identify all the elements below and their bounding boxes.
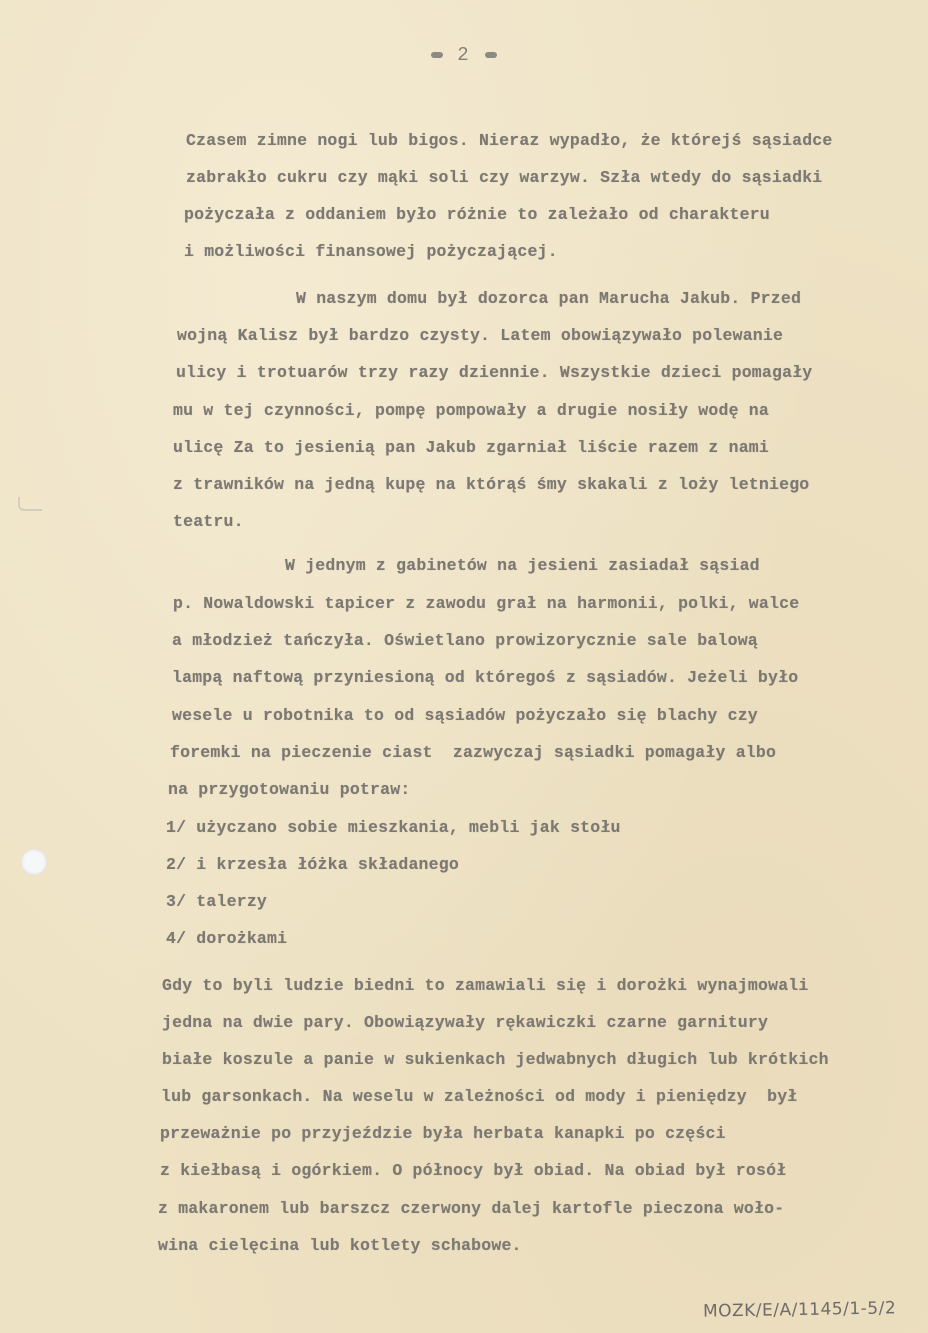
typed-line: wina cielęcina lub kotlety schabowe. bbox=[158, 1236, 522, 1255]
typed-line: z makaronem lub barszcz czerwony dalej k… bbox=[158, 1199, 784, 1218]
typed-line: 4/ dorożkami bbox=[166, 929, 287, 948]
typed-line: mu w tej czynności, pompę pompowały a dr… bbox=[173, 401, 769, 420]
typed-line: ulicę Za to jesienią pan Jakub zgarniał … bbox=[173, 438, 769, 457]
typed-line: ulicy i trotuarów trzy razy dziennie. Ws… bbox=[176, 363, 812, 382]
typed-line: wesele u robotnika to od sąsiadów pożycz… bbox=[172, 706, 758, 725]
typed-line: i możliwości finansowej pożyczającej. bbox=[184, 242, 558, 261]
typed-line: na przygotowaniu potraw: bbox=[168, 780, 410, 799]
typed-line: foremki na pieczenie ciast zazwyczaj sąs… bbox=[170, 743, 776, 762]
typed-line: lub garsonkach. Na weselu w zależności o… bbox=[161, 1087, 797, 1106]
typed-line: przeważnie po przyjeździe była herbata k… bbox=[160, 1124, 726, 1143]
typed-line: wojną Kalisz był bardzo czysty. Latem ob… bbox=[177, 326, 783, 345]
typed-line: 1/ użyczano sobie mieszkania, mebli jak … bbox=[166, 818, 621, 837]
typed-line: Czasem zimne nogi lub bigos. Nieraz wypa… bbox=[186, 131, 833, 150]
typed-line: W naszym domu był dozorca pan Marucha Ja… bbox=[296, 289, 801, 308]
typed-line: zabrakło cukru czy mąki soli czy warzyw.… bbox=[186, 168, 822, 187]
page-number: 2 bbox=[0, 44, 928, 66]
typed-line: jedna na dwie pary. Obowiązywały rękawic… bbox=[162, 1013, 768, 1032]
margin-pencil-mark bbox=[18, 497, 42, 511]
archive-signature: MOZK/E/A/1145/1-5/2 bbox=[703, 1298, 897, 1321]
document-page: 2 Czasem zimne nogi lub bigos. Nieraz wy… bbox=[0, 0, 928, 1333]
typed-line: teatru. bbox=[173, 512, 244, 531]
typed-line: 2/ i krzesła łóżka składanego bbox=[166, 855, 459, 874]
typed-line: a młodzież tańczyła. Oświetlano prowizor… bbox=[172, 631, 758, 650]
typed-line: lampą naftową przyniesioną od któregoś z… bbox=[172, 668, 798, 687]
typed-line: białe koszule a panie w sukienkach jedwa… bbox=[162, 1050, 829, 1069]
page-number-text: 2 bbox=[457, 44, 470, 66]
typed-line: p. Nowaldowski tapicer z zawodu grał na … bbox=[173, 594, 799, 613]
typed-line: z trawników na jedną kupę na którąś śmy … bbox=[173, 475, 809, 494]
typed-line: W jednym z gabinetów na jesieni zasiadał… bbox=[285, 556, 760, 575]
dash-left bbox=[431, 52, 443, 58]
typed-line: 3/ talerzy bbox=[166, 892, 267, 911]
punch-hole bbox=[21, 849, 47, 875]
typed-line: pożyczała z oddaniem było różnie to zale… bbox=[184, 205, 770, 224]
typed-line: z kiełbasą i ogórkiem. O północy był obi… bbox=[160, 1161, 786, 1180]
typed-line: Gdy to byli ludzie biedni to zamawiali s… bbox=[162, 976, 809, 995]
dash-right bbox=[485, 52, 497, 58]
